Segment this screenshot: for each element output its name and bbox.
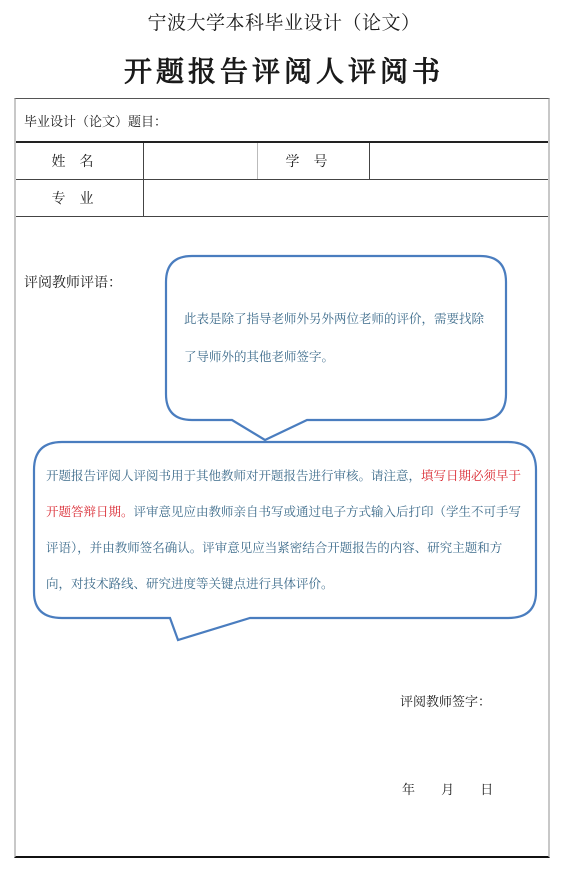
callout-bubbles [0,0,568,871]
callout-note-2: 开题报告评阅人评阅书用于其他教师对开题报告进行审核。请注意，填写日期必须早于开题… [46,458,524,602]
note2-text-a: 开题报告评阅人评阅书用于其他教师对开题报告进行审核。请注意， [46,468,421,483]
callout-note-1: 此表是除了指导老师外另外两位老师的评价，需要找除了导师外的其他老师签字。 [184,300,494,376]
